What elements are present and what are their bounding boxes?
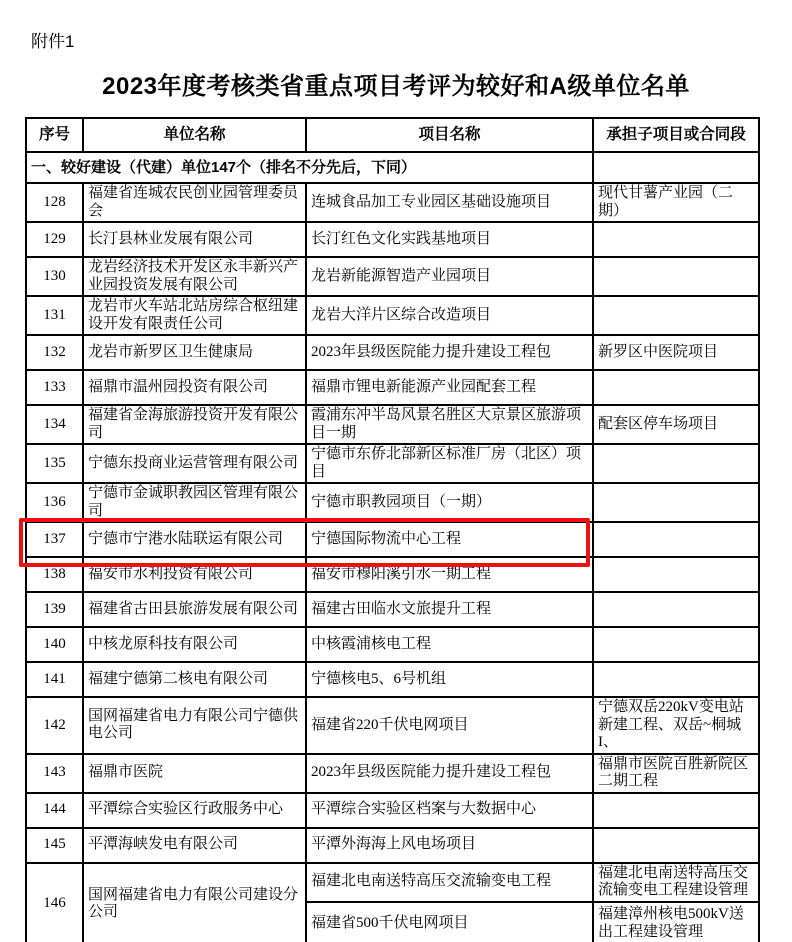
table-row-130: 130 龙岩经济技术开发区永丰新兴产业园投资发展有限公司 龙岩新能源智造产业园项… <box>26 257 759 296</box>
row-unit: 平潭综合实验区行政服务中心 <box>83 793 306 828</box>
column-header-no: 序号 <box>26 118 83 152</box>
row-project: 中核霞浦核电工程 <box>306 627 593 662</box>
row-project: 福建古田临水文旅提升工程 <box>306 592 593 627</box>
row-unit: 国网福建省电力有限公司宁德供电公司 <box>83 697 306 754</box>
row-project: 平潭外海海上风电场项目 <box>306 828 593 863</box>
section-empty-cell <box>593 152 759 183</box>
table-row-133: 133 福鼎市温州园投资有限公司 福鼎市锂电新能源产业园配套工程 <box>26 370 759 405</box>
table-row-144: 144 平潭综合实验区行政服务中心 平潭综合实验区档案与大数据中心 <box>26 793 759 828</box>
row-no: 129 <box>26 222 83 257</box>
row-project: 龙岩新能源智造产业园项目 <box>306 257 593 296</box>
row-sub <box>593 522 759 557</box>
table-row-132: 132 龙岩市新罗区卫生健康局 2023年县级医院能力提升建设工程包 新罗区中医… <box>26 335 759 370</box>
row-unit: 福鼎市温州园投资有限公司 <box>83 370 306 405</box>
row-no: 145 <box>26 828 83 863</box>
row-sub <box>593 627 759 662</box>
row-no: 142 <box>26 697 83 754</box>
row-project: 平潭综合实验区档案与大数据中心 <box>306 793 593 828</box>
row-project: 福鼎市锂电新能源产业园配套工程 <box>306 370 593 405</box>
row-no: 136 <box>26 483 83 522</box>
table-row-137-highlighted: 137 宁德市宁港水陆联运有限公司 宁德国际物流中心工程 <box>26 522 759 557</box>
row-sub: 宁德双岳220kV变电站新建工程、双岳~桐城 I、 <box>593 697 759 754</box>
table-row-128: 128 福建省连城农民创业园管理委员会 连城食品加工专业园区基础设施项目 现代甘… <box>26 183 759 222</box>
table-row-138: 138 福安市水利投资有限公司 福安市穆阳溪引水一期工程 <box>26 557 759 592</box>
section-header: 一、较好建设（代建）单位147个（排名不分先后，下同） <box>26 152 593 183</box>
row-sub <box>593 257 759 296</box>
row-project: 连城食品加工专业园区基础设施项目 <box>306 183 593 222</box>
table-row-129: 129 长汀县林业发展有限公司 长汀红色文化实践基地项目 <box>26 222 759 257</box>
row-no: 135 <box>26 444 83 483</box>
row-unit: 长汀县林业发展有限公司 <box>83 222 306 257</box>
row-unit: 宁德市宁港水陆联运有限公司 <box>83 522 306 557</box>
table-row-140: 140 中核龙原科技有限公司 中核霞浦核电工程 <box>26 627 759 662</box>
row-no-text: 137 <box>43 531 66 547</box>
row-no: 139 <box>26 592 83 627</box>
row-sub <box>593 444 759 483</box>
row-unit: 龙岩市火车站北站房综合枢纽建设开发有限责任公司 <box>83 296 306 335</box>
row-project: 长汀红色文化实践基地项目 <box>306 222 593 257</box>
row-unit: 福鼎市医院 <box>83 754 306 793</box>
row-no: 132 <box>26 335 83 370</box>
table-row-139: 139 福建省古田县旅游发展有限公司 福建古田临水文旅提升工程 <box>26 592 759 627</box>
row-unit: 宁德市金诚职教园区管理有限公司 <box>83 483 306 522</box>
row-project: 2023年县级医院能力提升建设工程包 <box>306 335 593 370</box>
row-project: 福建省500千伏电网项目 <box>306 902 593 942</box>
row-unit: 中核龙原科技有限公司 <box>83 627 306 662</box>
table-header-row: 序号 单位名称 项目名称 承担子项目或合同段 <box>26 118 759 152</box>
row-unit: 福建宁德第二核电有限公司 <box>83 662 306 697</box>
row-no: 133 <box>26 370 83 405</box>
row-no: 144 <box>26 793 83 828</box>
row-sub <box>593 828 759 863</box>
row-sub <box>593 793 759 828</box>
row-unit: 龙岩市新罗区卫生健康局 <box>83 335 306 370</box>
row-unit: 福安市水利投资有限公司 <box>83 557 306 592</box>
document-page: { "page": { "attachment_label": "附件1", "… <box>0 0 792 942</box>
row-project: 2023年县级医院能力提升建设工程包 <box>306 754 593 793</box>
row-sub: 配套区停车场项目 <box>593 405 759 444</box>
row-sub: 福建漳州核电500kV送出工程建设管理 <box>593 902 759 942</box>
row-no: 143 <box>26 754 83 793</box>
row-sub <box>593 222 759 257</box>
attachment-label: 附件1 <box>31 27 74 52</box>
row-project: 龙岩大洋片区综合改造项目 <box>306 296 593 335</box>
table-row-134: 134 福建省金海旅游投资开发有限公司 霞浦东冲半岛风景名胜区大京景区旅游项目一… <box>26 405 759 444</box>
row-unit: 龙岩经济技术开发区永丰新兴产业园投资发展有限公司 <box>83 257 306 296</box>
row-project: 福建省220千伏电网项目 <box>306 697 593 754</box>
page-title: 2023年度考核类省重点项目考评为较好和A级单位名单 <box>0 66 792 101</box>
row-project: 福安市穆阳溪引水一期工程 <box>306 557 593 592</box>
table-row-131: 131 龙岩市火车站北站房综合枢纽建设开发有限责任公司 龙岩大洋片区综合改造项目 <box>26 296 759 335</box>
row-project: 福建北电南送特高压交流输变电工程 <box>306 863 593 902</box>
row-no: 140 <box>26 627 83 662</box>
row-unit: 福建省连城农民创业园管理委员会 <box>83 183 306 222</box>
table-row-141: 141 福建宁德第二核电有限公司 宁德核电5、6号机组 <box>26 662 759 697</box>
row-unit: 国网福建省电力有限公司建设分公司 <box>83 863 306 942</box>
row-sub: 现代甘薯产业园（二期） <box>593 183 759 222</box>
row-project: 宁德市职教园项目（一期） <box>306 483 593 522</box>
row-unit: 福建省金海旅游投资开发有限公司 <box>83 405 306 444</box>
row-no: 146 <box>26 863 83 942</box>
table-row-136: 136 宁德市金诚职教园区管理有限公司 宁德市职教园项目（一期） <box>26 483 759 522</box>
row-unit: 宁德东投商业运营管理有限公司 <box>83 444 306 483</box>
column-header-project: 项目名称 <box>306 118 593 152</box>
row-no: 128 <box>26 183 83 222</box>
section-header-row: 一、较好建设（代建）单位147个（排名不分先后，下同） <box>26 152 759 183</box>
row-sub <box>593 592 759 627</box>
row-project: 宁德核电5、6号机组 <box>306 662 593 697</box>
table-row-142: 142 国网福建省电力有限公司宁德供电公司 福建省220千伏电网项目 宁德双岳2… <box>26 697 759 754</box>
row-project: 霞浦东冲半岛风景名胜区大京景区旅游项目一期 <box>306 405 593 444</box>
row-project: 宁德国际物流中心工程 <box>306 522 593 557</box>
row-sub <box>593 296 759 335</box>
table-row-145: 145 平潭海峡发电有限公司 平潭外海海上风电场项目 <box>26 828 759 863</box>
row-unit: 平潭海峡发电有限公司 <box>83 828 306 863</box>
row-sub: 福鼎市医院百胜新院区二期工程 <box>593 754 759 793</box>
row-no: 138 <box>26 557 83 592</box>
column-header-unit: 单位名称 <box>83 118 306 152</box>
column-header-sub: 承担子项目或合同段 <box>593 118 759 152</box>
row-unit: 福建省古田县旅游发展有限公司 <box>83 592 306 627</box>
row-sub: 新罗区中医院项目 <box>593 335 759 370</box>
row-no: 141 <box>26 662 83 697</box>
row-sub <box>593 370 759 405</box>
table-row-135: 135 宁德东投商业运营管理有限公司 宁德市东侨北部新区标准厂房（北区）项目 <box>26 444 759 483</box>
row-sub <box>593 557 759 592</box>
row-no: 131 <box>26 296 83 335</box>
table-row-143: 143 福鼎市医院 2023年县级医院能力提升建设工程包 福鼎市医院百胜新院区二… <box>26 754 759 793</box>
units-table: 序号 单位名称 项目名称 承担子项目或合同段 一、较好建设（代建）单位147个（… <box>25 117 760 942</box>
row-sub <box>593 483 759 522</box>
row-sub <box>593 662 759 697</box>
row-project: 宁德市东侨北部新区标准厂房（北区）项目 <box>306 444 593 483</box>
row-no: 134 <box>26 405 83 444</box>
row-sub: 福建北电南送特高压交流输变电工程建设管理 <box>593 863 759 902</box>
table-row-146-part1: 146 国网福建省电力有限公司建设分公司 福建北电南送特高压交流输变电工程 福建… <box>26 863 759 902</box>
row-no: 137 <box>26 522 83 557</box>
row-no: 130 <box>26 257 83 296</box>
